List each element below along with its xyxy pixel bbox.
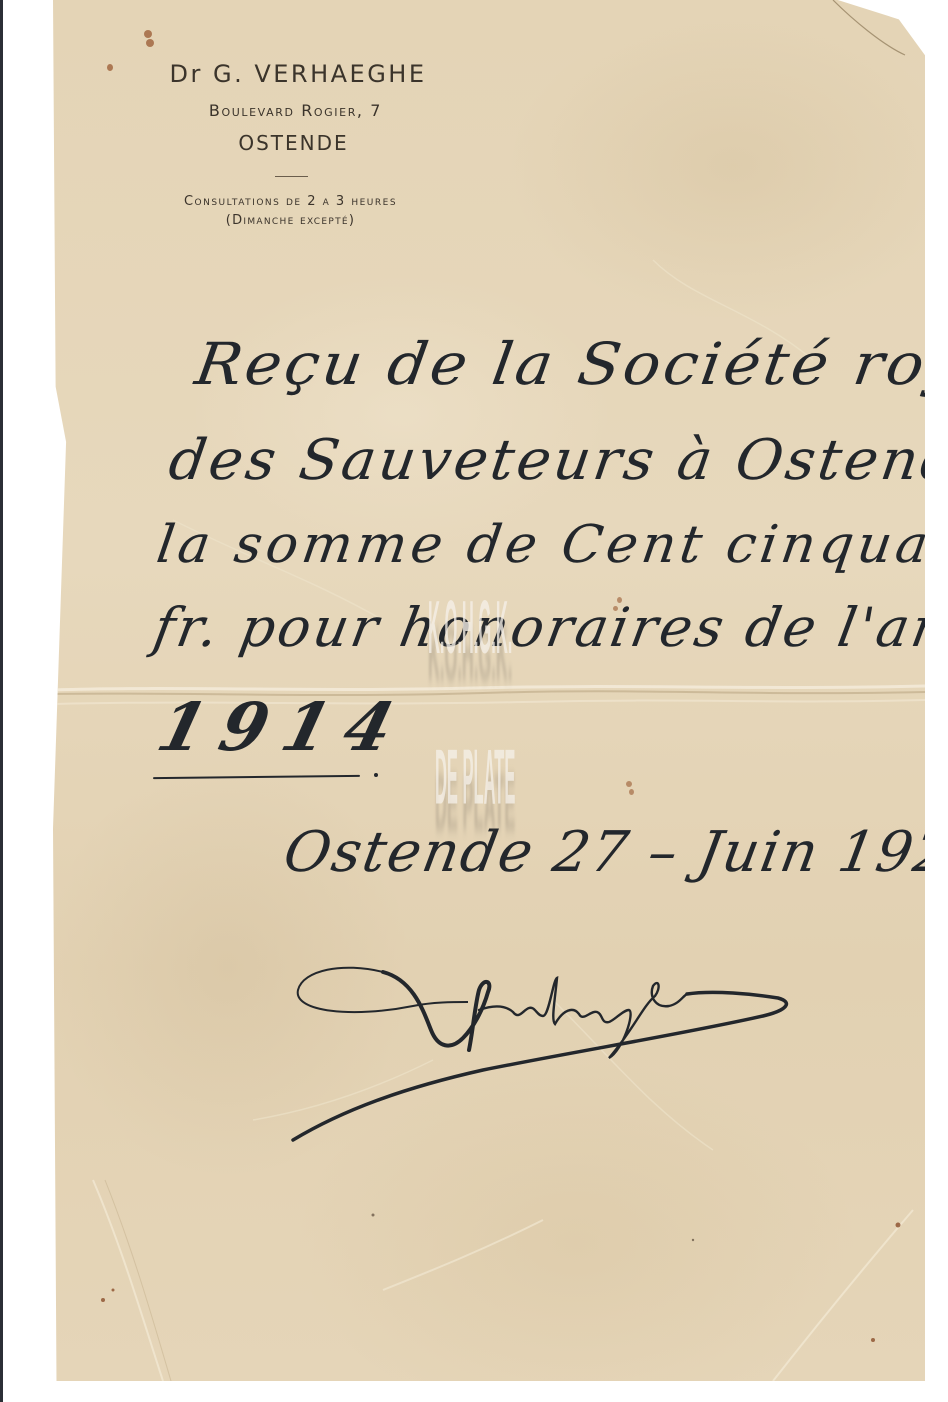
name: G. VERHAEGHE — [213, 60, 427, 88]
stain — [629, 789, 634, 795]
city: OSTENDE — [231, 131, 356, 155]
scanner-edge — [0, 0, 3, 1402]
consultation-hours-note: (Dimanche excepté) — [203, 213, 378, 228]
handwritten-line-3: la somme de Cent cinquante — [153, 515, 948, 575]
signature: Verhaeghe — [283, 950, 823, 1160]
handwritten-line-1: Reçu de la Société royale — [191, 330, 948, 398]
consultation-hours: Consultations de 2 a 3 heures — [148, 194, 433, 209]
handwritten-date-line: Ostende 27 – Juin 1920. — [279, 820, 948, 885]
stain — [626, 781, 632, 787]
street-address: Boulevard Rogier, 7 — [168, 101, 423, 120]
handwritten-line-2: des Sauveteurs à Ostende — [165, 428, 948, 493]
paper-sheet: Dr G. VERHAEGHE Boulevard Rogier, 7 OSTE… — [53, 0, 925, 1381]
handwritten-year: 1914 — [150, 688, 417, 766]
title-prefix: Dr — [169, 60, 202, 88]
letterhead-separator — [275, 176, 308, 177]
handwritten-line-4: fr. pour honoraires de l'année — [149, 596, 948, 659]
watermark-de-plate: DE PLATE — [435, 736, 515, 824]
letterhead: Dr G. VERHAEGHE Boulevard Rogier, 7 OSTE… — [53, 0, 925, 250]
doctor-name: Dr G. VERHAEGHE — [153, 60, 443, 88]
year-period — [374, 773, 378, 777]
watermark-kohgk: K.O.H.G.K. — [428, 588, 512, 673]
